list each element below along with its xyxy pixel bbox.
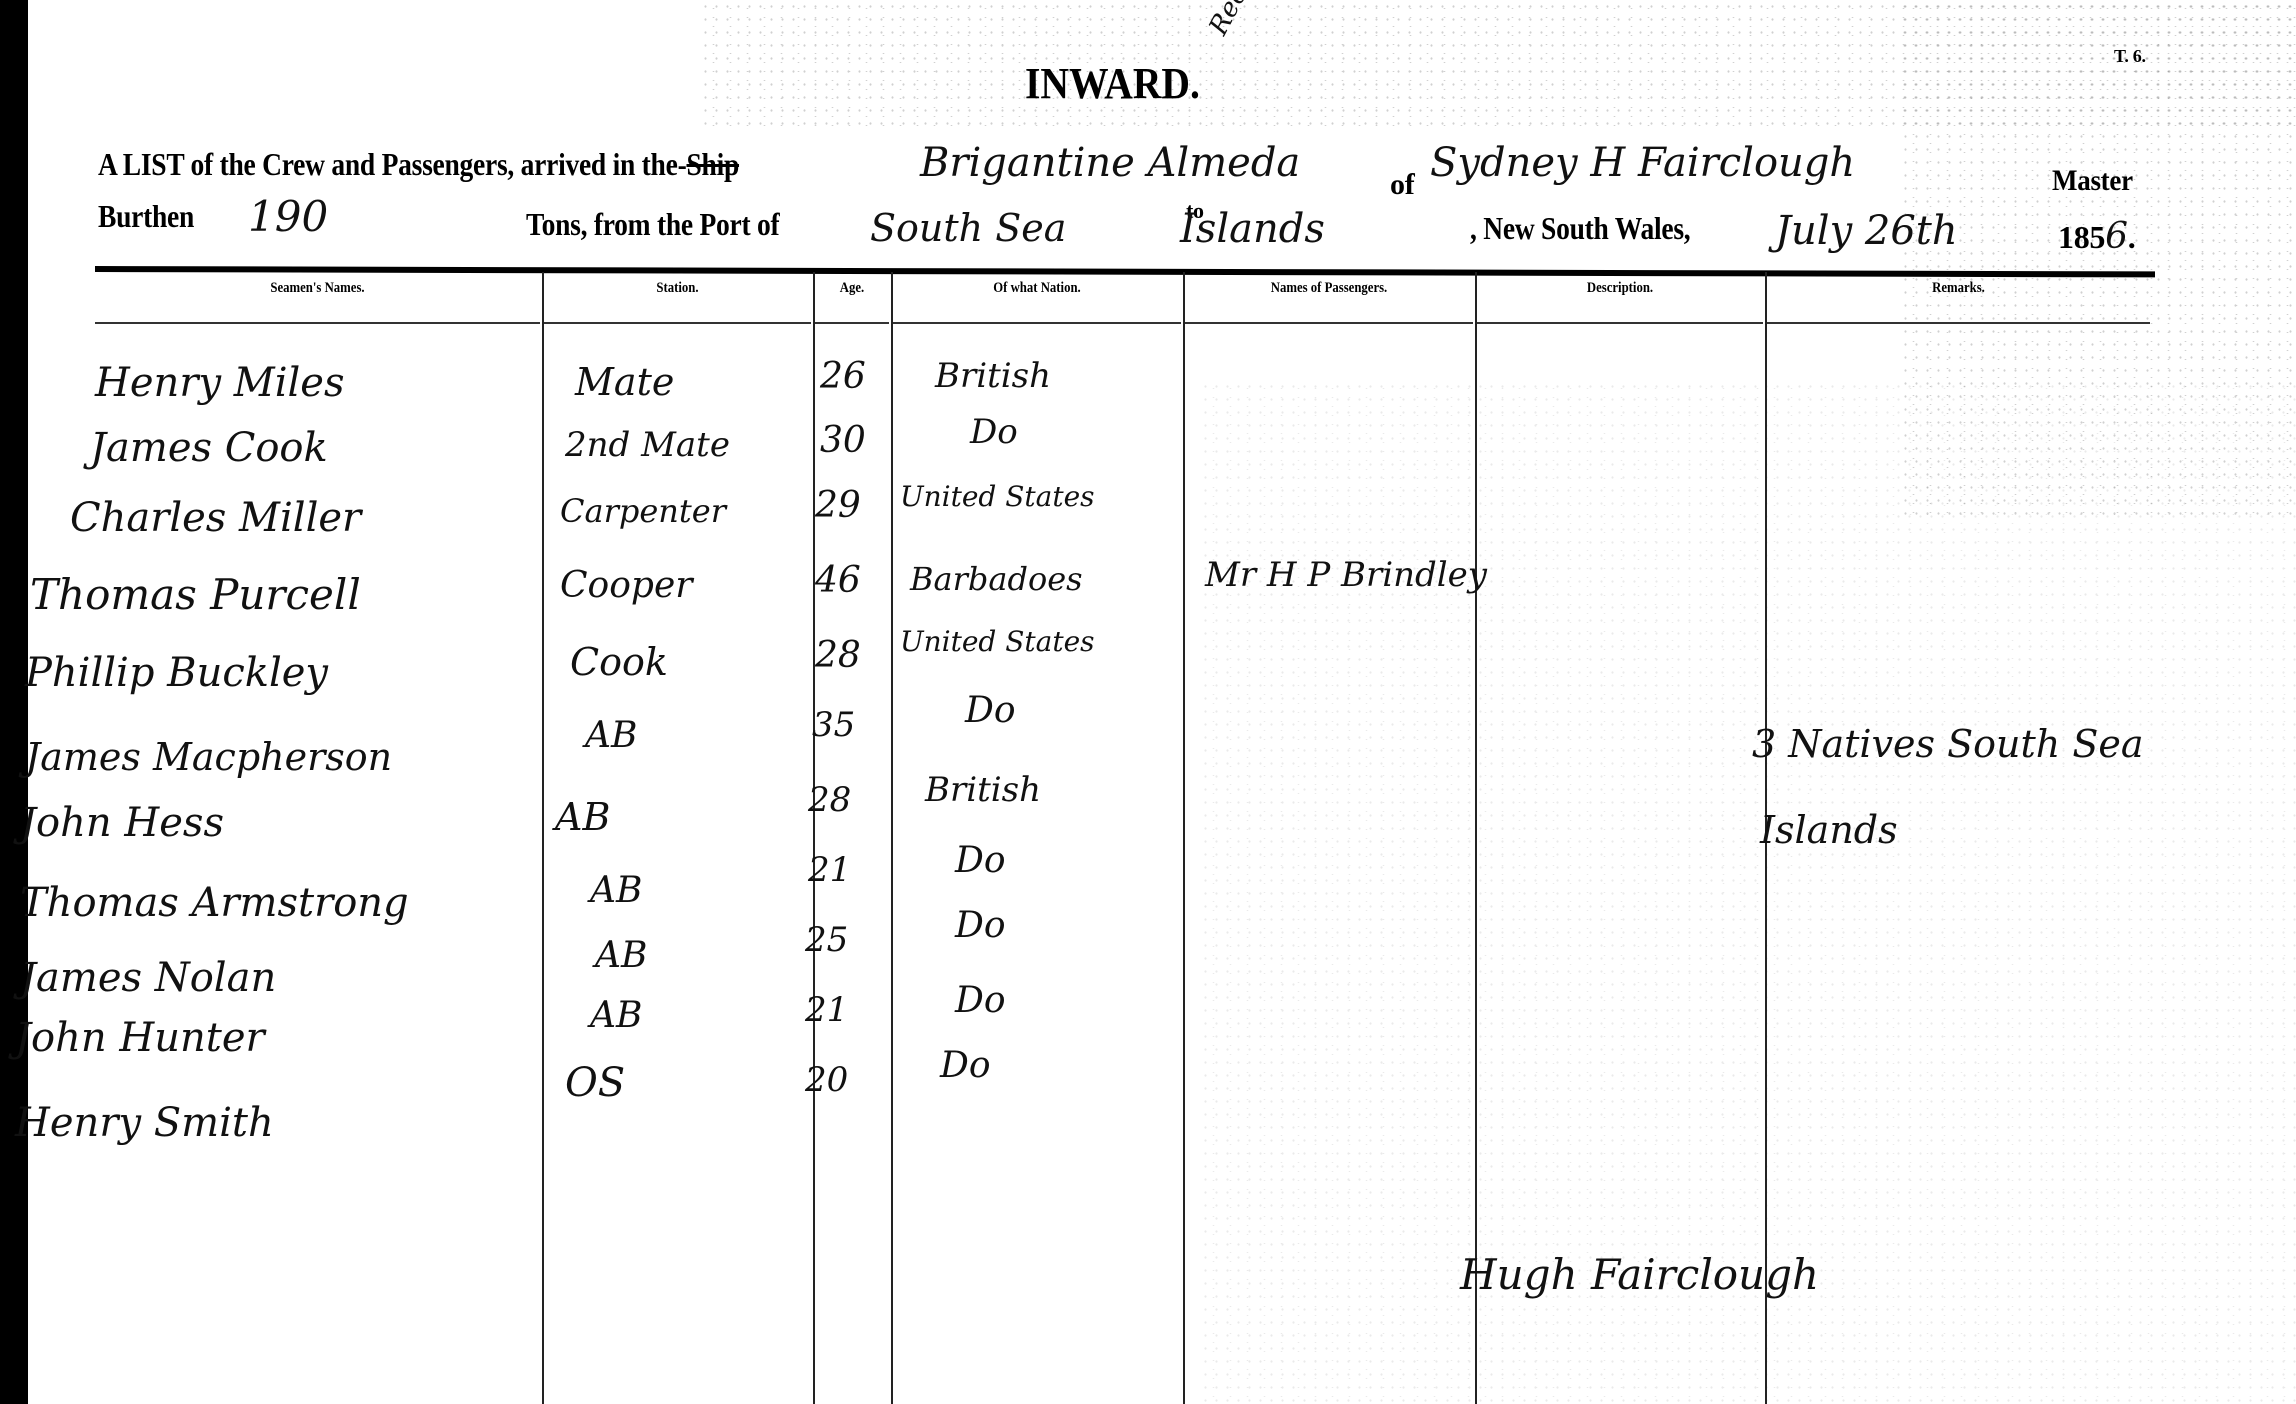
column-divider	[1183, 272, 1185, 1404]
nsw-label: , New South Wales,	[1470, 210, 1690, 247]
col-header-seamen-names: Seamen's Names.	[128, 280, 506, 297]
burthen-label: Burthen	[98, 198, 194, 235]
page-title: INWARD.	[1025, 58, 1200, 109]
seaman-name: Phillip Buckley	[25, 650, 328, 696]
column-header-rule	[1767, 322, 2150, 324]
year: 1856.	[2058, 216, 2135, 257]
vessel-name: Brigantine Almeda	[920, 140, 1300, 186]
seaman-age: 20	[805, 1060, 848, 1100]
seaman-station: Cook	[570, 640, 668, 684]
seaman-station: AB	[590, 995, 642, 1036]
column-header-rule	[544, 322, 811, 324]
home-port-master: Sydney H Fairclough	[1430, 140, 1855, 186]
seaman-station: AB	[585, 715, 637, 756]
seaman-nation: Do	[955, 980, 1006, 1021]
seaman-nation: Do	[940, 1045, 991, 1086]
seaman-name: Thomas Purcell	[30, 570, 361, 619]
seaman-age: 25	[805, 920, 848, 960]
seaman-name: Charles Miller	[70, 495, 361, 541]
seaman-age: 28	[815, 635, 861, 676]
seaman-name: Henry Smith	[15, 1100, 274, 1146]
col-header-description: Description.	[1498, 280, 1741, 297]
master-signature: Hugh Fairclough	[1460, 1250, 1819, 1299]
of-label: of	[1390, 168, 1414, 202]
seaman-nation: Do	[955, 905, 1006, 946]
from-port: South Sea	[870, 206, 1066, 250]
seaman-age: 30	[820, 420, 866, 461]
form-number: T. 6.	[2114, 46, 2146, 67]
seaman-station: AB	[555, 795, 610, 839]
col-header-nation: Of what Nation.	[915, 280, 1160, 297]
scan-noise	[1900, 0, 2296, 520]
seaman-name: John Hess	[20, 800, 224, 846]
to-port: Islands	[1180, 206, 1325, 252]
seaman-name: James Nolan	[20, 955, 276, 1001]
passenger-name: Mr H P Brindley	[1205, 555, 1487, 595]
list-heading: A LIST of the Crew and Passengers, arriv…	[98, 146, 739, 183]
seaman-name: Thomas Armstrong	[20, 880, 409, 926]
seaman-station: Mate	[575, 360, 674, 404]
master-label: Master	[2052, 164, 2133, 198]
col-header-age: Age.	[821, 280, 884, 297]
seaman-station: AB	[590, 870, 642, 911]
column-divider	[891, 272, 893, 1404]
arrival-date: July 26th	[1775, 208, 1958, 254]
column-divider	[1475, 272, 1477, 1404]
seaman-station: Cooper	[560, 565, 692, 606]
seaman-nation: British	[935, 356, 1051, 396]
seaman-age: 26	[820, 356, 866, 397]
burthen-value: 190	[248, 192, 328, 241]
scan-noise	[700, 0, 2296, 130]
seaman-age: 46	[815, 560, 861, 601]
col-header-station: Station.	[564, 280, 791, 297]
seaman-age: 21	[808, 850, 851, 890]
seaman-nation: Do	[970, 412, 1018, 452]
remarks-line-2: Islands	[1760, 808, 1898, 852]
seaman-nation: Do	[955, 840, 1006, 881]
seaman-name: James Cook	[90, 425, 328, 471]
seaman-station: OS	[565, 1060, 625, 1106]
seaman-nation: United States	[900, 625, 1095, 658]
seaman-nation: Barbadoes	[910, 560, 1083, 598]
col-header-remarks: Remarks.	[1796, 280, 2122, 297]
seaman-station: Carpenter	[560, 492, 726, 530]
column-header-rule	[815, 322, 889, 324]
seaman-nation: United States	[900, 480, 1095, 513]
column-header-rule	[95, 322, 540, 324]
seaman-name: John Hunter	[15, 1015, 265, 1061]
column-header-rule	[1185, 322, 1473, 324]
seaman-age: 28	[808, 780, 851, 820]
seaman-age: 21	[805, 990, 848, 1030]
seaman-name: Henry Miles	[95, 360, 345, 406]
column-header-rule	[1477, 322, 1763, 324]
seaman-age: 29	[815, 485, 861, 526]
col-header-passengers: Names of Passengers.	[1207, 280, 1452, 297]
seaman-nation: British	[925, 770, 1041, 810]
header-rule	[95, 266, 2155, 277]
receipt-annotation: Recd 1 Pass. 26 July 56 P.S.	[1204, 0, 1400, 40]
column-divider	[813, 272, 815, 1404]
seaman-station: AB	[595, 935, 647, 976]
remarks-line-1: 3 Natives South Sea	[1752, 722, 2144, 766]
seaman-age: 35	[812, 705, 855, 745]
seaman-station: 2nd Mate	[565, 425, 730, 465]
column-divider	[542, 272, 544, 1404]
scan-border	[0, 0, 28, 1404]
column-header-rule	[893, 322, 1181, 324]
tons-label: Tons, from the Port of	[526, 206, 779, 243]
seaman-name: James Macpherson	[25, 735, 392, 779]
list-heading-label: A LIST of the Crew and Passengers, arriv…	[98, 146, 678, 182]
struck-ship-word: Ship	[686, 146, 739, 182]
seaman-nation: Do	[965, 690, 1016, 731]
